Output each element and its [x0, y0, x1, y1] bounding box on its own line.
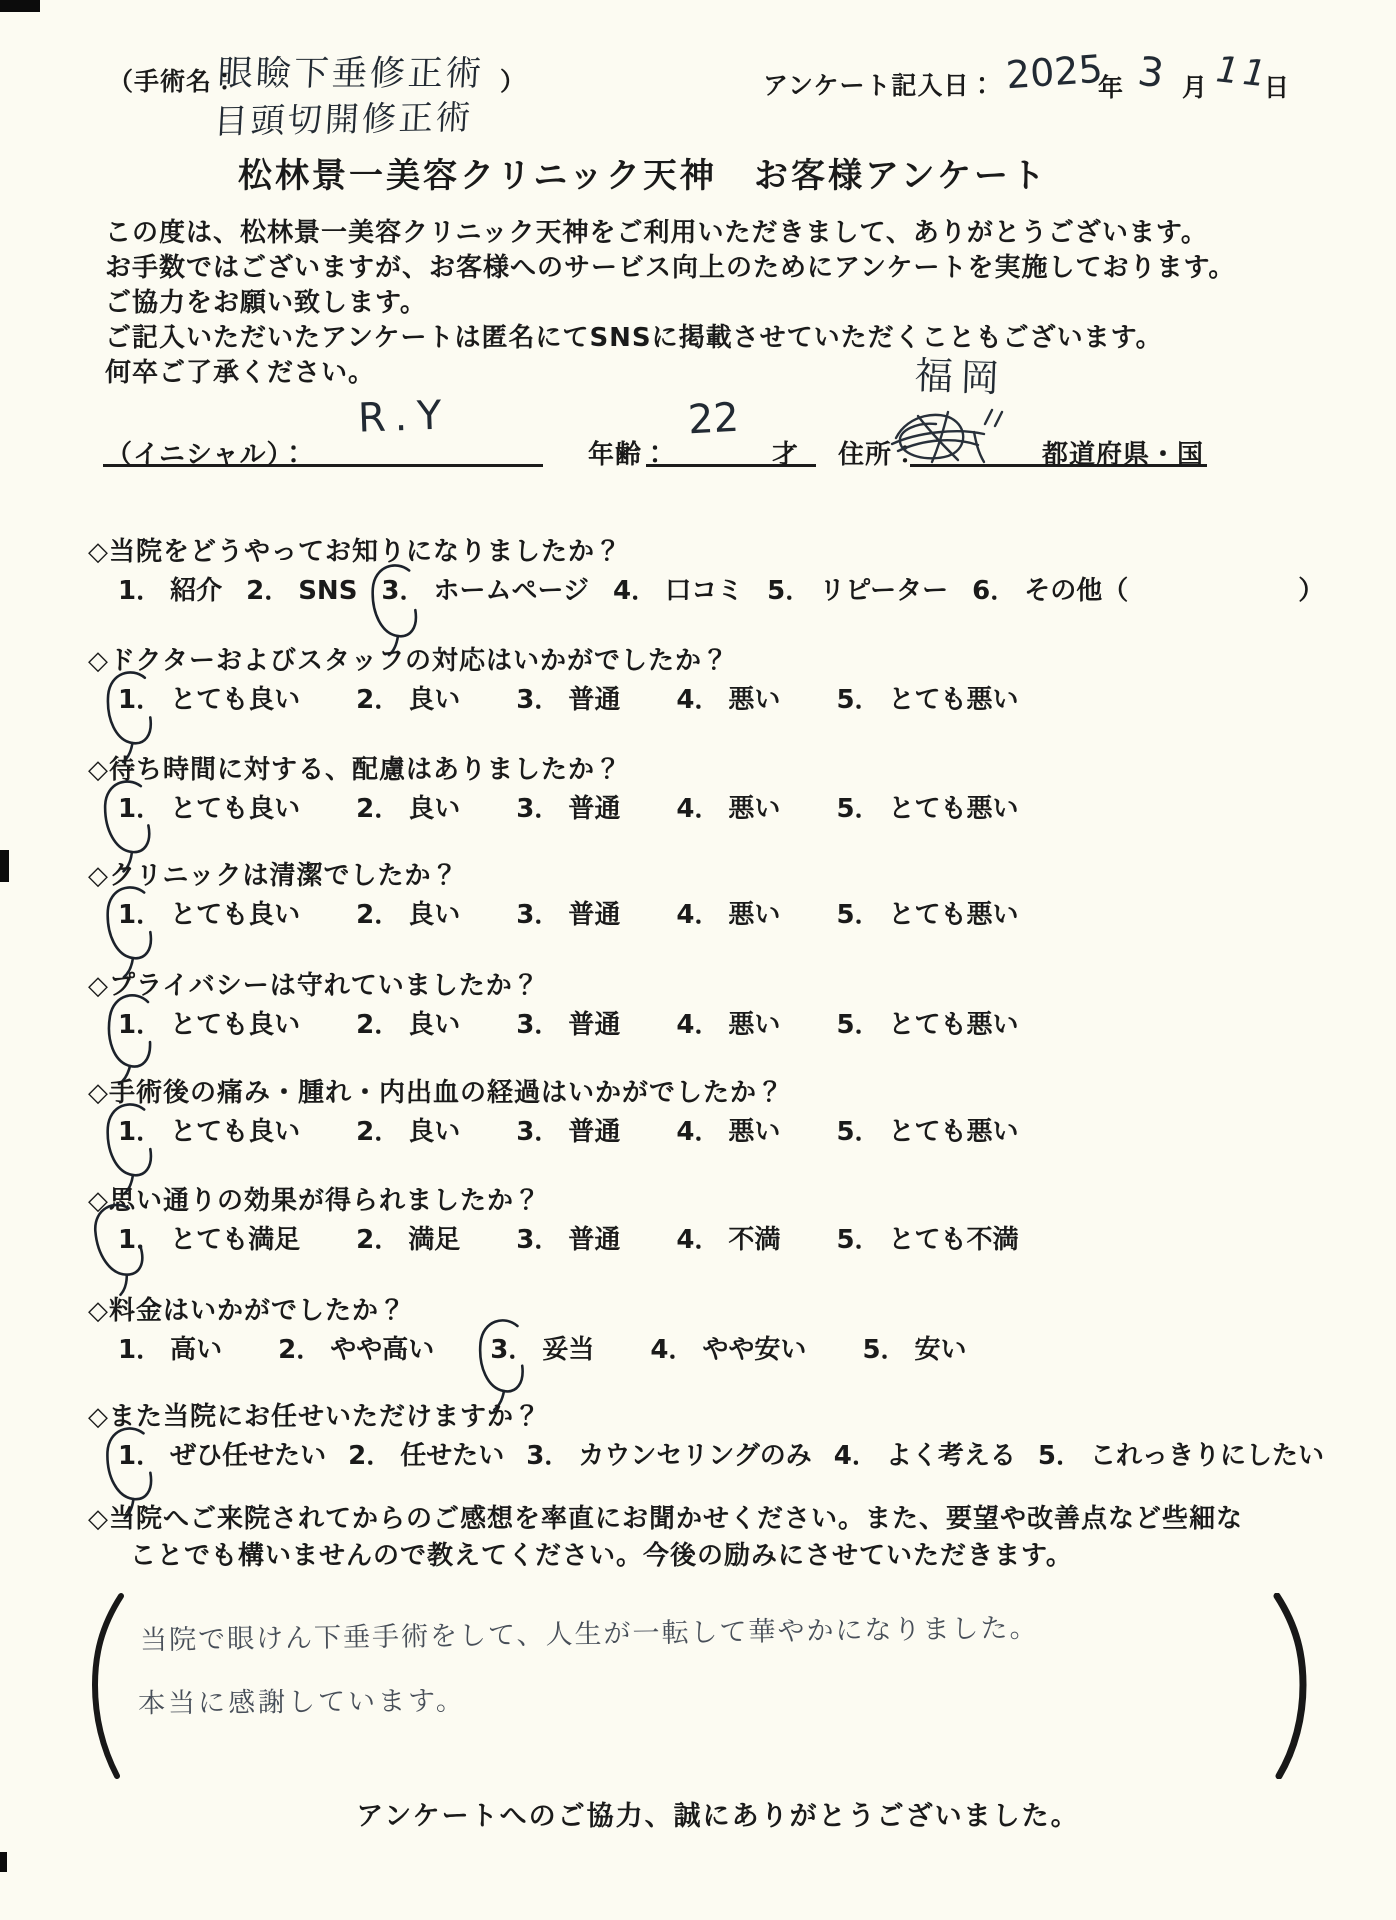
option-label: 高い	[170, 1335, 222, 1365]
option: 1．とても良い	[118, 1117, 300, 1147]
option-label: とても良い	[170, 900, 300, 930]
option-label: 悪い	[728, 1117, 780, 1147]
option-label: 不満	[728, 1225, 780, 1255]
option-label: とても良い	[170, 685, 300, 715]
option: 2．任せたい	[348, 1441, 504, 1471]
scan-artifact	[0, 0, 40, 12]
diamond-icon: ◇	[88, 1402, 109, 1432]
option-number: 5．	[836, 685, 880, 715]
question-block: ◇また当院にお任せいただけますか？1．ぜひ任せたい2．任せたい3．カウンセリング…	[88, 1402, 1324, 1471]
diamond-icon: ◇	[88, 537, 109, 567]
option: 4．悪い	[676, 1010, 780, 1040]
question-prompt: ◇待ち時間に対する、配慮はありましたか？	[88, 755, 1019, 785]
option-label: とても悪い	[889, 685, 1019, 715]
question-prompt: ◇手術後の痛み・腫れ・内出血の経過はいかがでしたか？	[88, 1078, 1019, 1108]
option: 3．カウンセリングのみ	[526, 1441, 812, 1471]
option: 4．悪い	[676, 685, 780, 715]
other-close-paren: ）	[1298, 576, 1324, 606]
option: 2．良い	[356, 794, 460, 824]
option-label: とても良い	[170, 1010, 300, 1040]
address-unit-label: 都道府県・国	[1042, 434, 1204, 471]
diamond-icon: ◇	[88, 861, 109, 891]
option-label: その他（	[1024, 576, 1128, 606]
option-label: 良い	[408, 685, 460, 715]
option-number: 2．	[348, 1441, 392, 1471]
option-number: 3．	[490, 1335, 534, 1365]
question-prompt: ◇思い通りの効果が得られましたか？	[88, 1186, 1019, 1216]
option-label: とても良い	[170, 794, 300, 824]
option-label: 普通	[568, 794, 620, 824]
option-number: 2．	[356, 1117, 400, 1147]
option-number: 5．	[862, 1335, 906, 1365]
option-number: 2．	[356, 1010, 400, 1040]
scribbled-out-text	[888, 404, 1010, 466]
option-number: 3．	[516, 900, 560, 930]
option-label: 良い	[408, 1010, 460, 1040]
option: 2．良い	[356, 1010, 460, 1040]
comment-bracket-left	[90, 1593, 126, 1779]
option: 1．とても良い	[118, 900, 300, 930]
option-label: 普通	[568, 1010, 620, 1040]
option-number: 4．	[676, 685, 720, 715]
answer-circle-mark	[471, 1313, 538, 1413]
option: 1．高い	[118, 1335, 222, 1365]
option: 2．良い	[356, 685, 460, 715]
intro-line: ご協力をお願い致します。	[105, 282, 427, 319]
option-label: 満足	[408, 1225, 460, 1255]
option: 4．不満	[676, 1225, 780, 1255]
option-label: とても悪い	[889, 794, 1019, 824]
address-handwritten-value: 福岡	[914, 344, 1008, 402]
option-label: SNS	[298, 576, 357, 606]
option-number: 5．	[836, 900, 880, 930]
option: 3．普通	[516, 900, 620, 930]
survey-date-month-handwritten: 3	[1135, 48, 1167, 97]
option: 1．とても良い	[118, 685, 300, 715]
option-number: 5．	[836, 794, 880, 824]
year-unit: 年	[1098, 68, 1124, 104]
option-number: 3．	[516, 1117, 560, 1147]
option: 3．普通	[516, 1010, 620, 1040]
question-options: 1．とても良い2．良い3．普通4．悪い5．とても悪い	[118, 1010, 1019, 1040]
option-label: ぜひ任せたい	[170, 1441, 326, 1471]
answer-circle-mark	[97, 879, 167, 981]
option-label: 口コミ	[665, 576, 743, 606]
option-number: 6．	[972, 576, 1016, 606]
option: 4．悪い	[676, 794, 780, 824]
option: 2．良い	[356, 900, 460, 930]
option-number: 5．	[836, 1225, 880, 1255]
option: 1．とても良い	[118, 1010, 300, 1040]
closing-thanks: アンケートへのご協力、誠にありがとうございました。	[20, 1794, 1396, 1833]
option: 5．とても悪い	[836, 900, 1018, 930]
comment-handwritten-line2: 本当に感謝しています。	[138, 1679, 466, 1721]
option-number: 5．	[836, 1117, 880, 1147]
intro-line: 何卒ご了承ください。	[105, 352, 375, 389]
question-prompt: ◇クリニックは清潔でしたか？	[88, 861, 1019, 891]
option-number: 3．	[381, 576, 425, 606]
option-number: 2．	[356, 1225, 400, 1255]
option-number: 3．	[516, 685, 560, 715]
intro-line: この度は、松林景一美容クリニック天神をご利用いただきまして、ありがとうございます…	[105, 212, 1208, 249]
option-label: 普通	[568, 900, 620, 930]
option-number: 3．	[516, 1225, 560, 1255]
option: 1．紹介	[118, 576, 222, 606]
diamond-icon: ◇	[88, 755, 109, 785]
answer-circle-mark	[97, 1096, 167, 1198]
option-number: 2．	[356, 794, 400, 824]
option-number: 4．	[676, 1225, 720, 1255]
option: 2．良い	[356, 1117, 460, 1147]
option-label: やや安い	[702, 1335, 806, 1365]
option: 1．とても満足	[118, 1225, 300, 1255]
option-label: とても悪い	[889, 1117, 1019, 1147]
option: 5．とても悪い	[836, 685, 1018, 715]
option: 2．SNS	[246, 576, 357, 606]
diamond-icon: ◇	[88, 646, 109, 676]
option-number: 4．	[650, 1335, 694, 1365]
survey-date-label: アンケート記入日：	[763, 66, 996, 102]
option-number: 4．	[676, 794, 720, 824]
option-label: これっきりにしたい	[1090, 1441, 1324, 1471]
option-label: 紹介	[170, 576, 222, 606]
day-unit: 日	[1264, 68, 1290, 104]
option-number: 3．	[516, 794, 560, 824]
option: 3．ホームページ	[381, 576, 589, 606]
option: 4．やや安い	[650, 1335, 806, 1365]
option-label: 普通	[568, 1225, 620, 1255]
question-prompt: ◇料金はいかがでしたか？	[88, 1296, 967, 1326]
question-options: 1．とても満足2．満足3．普通4．不満5．とても不満	[118, 1225, 1019, 1255]
option-label: やや高い	[330, 1335, 434, 1365]
option-number: 5．	[1038, 1441, 1082, 1471]
option-label: リピーター	[819, 576, 948, 606]
scan-artifact	[0, 1852, 7, 1872]
option-label: カウンセリングのみ	[578, 1441, 811, 1471]
question-prompt: ◇当院をどうやってお知りになりましたか？	[88, 537, 1324, 567]
survey-date-year-handwritten: 2025	[1005, 47, 1105, 98]
option: 4．口コミ	[613, 576, 743, 606]
option: 3．妥当	[490, 1335, 594, 1365]
answer-circle-mark	[98, 665, 166, 766]
question-block: ◇料金はいかがでしたか？1．高い2．やや高い3．妥当4．やや安い5．安い	[88, 1296, 967, 1365]
question-block: ◇ドクターおよびスタッフの対応はいかがでしたか？1．とても良い2．良い3．普通4…	[88, 646, 1019, 715]
question-options: 1．とても良い2．良い3．普通4．悪い5．とても悪い	[118, 900, 1019, 930]
option-number: 1．	[118, 576, 162, 606]
option-number: 2．	[278, 1335, 322, 1365]
option-label: とても悪い	[889, 900, 1019, 930]
option-label: 普通	[568, 685, 620, 715]
survey-form-page: （手術名： 眼瞼下垂修正術 目頭切開修正術 ） アンケート記入日： 2025 年…	[0, 0, 1396, 1920]
answer-circle-mark	[102, 990, 162, 1086]
intro-line: お手数ではございますが、お客様へのサービス向上のためにアンケートを実施しておりま…	[105, 247, 1235, 284]
surgery-name-handwritten-line1: 眼瞼下垂修正術	[217, 46, 486, 96]
option-number: 2．	[356, 685, 400, 715]
question-block: ◇クリニックは清潔でしたか？1．とても良い2．良い3．普通4．悪い5．とても悪い	[88, 861, 1019, 930]
option-label: よく考える	[886, 1441, 1016, 1471]
option-number: 4．	[676, 1117, 720, 1147]
option: 5．とても悪い	[836, 1010, 1018, 1040]
diamond-icon: ◇	[88, 1504, 109, 1534]
option: 1．とても良い	[118, 794, 300, 824]
option: 5．安い	[862, 1335, 966, 1365]
option: 4．悪い	[676, 1117, 780, 1147]
option: 3．普通	[516, 1117, 620, 1147]
question-block: ◇手術後の痛み・腫れ・内出血の経過はいかがでしたか？1．とても良い2．良い3．普…	[88, 1078, 1019, 1147]
option-label: 悪い	[728, 685, 780, 715]
option-number: 1．	[118, 1225, 162, 1255]
option-label: ホームページ	[434, 576, 589, 606]
option-label: とても満足	[170, 1225, 300, 1255]
option-number: 5．	[767, 576, 811, 606]
question-options: 1．紹介2．SNS3．ホームページ4．口コミ5．リピーター6．その他（）	[118, 576, 1324, 606]
surgery-name-close-paren: ）	[500, 62, 526, 98]
option-label: 良い	[408, 794, 460, 824]
question-prompt: ◇ドクターおよびスタッフの対応はいかがでしたか？	[88, 646, 1019, 676]
age-handwritten-value: 22	[687, 395, 740, 444]
option: 3．普通	[516, 794, 620, 824]
question-prompt: ◇当院へご来院されてからのご感想を率直にお聞かせください。また、要望や改善点など…	[88, 1504, 1243, 1534]
question-block: ◇思い通りの効果が得られましたか？1．とても満足2．満足3．普通4．不満5．とて…	[88, 1186, 1019, 1255]
option-number: 4．	[613, 576, 657, 606]
option: 5．これっきりにしたい	[1038, 1441, 1324, 1471]
option-number: 1．	[118, 1441, 162, 1471]
option: 1．ぜひ任せたい	[118, 1441, 326, 1471]
question-options: 1．ぜひ任せたい2．任せたい3．カウンセリングのみ4．よく考える5．これっきりに…	[118, 1441, 1324, 1471]
option-number: 1．	[118, 685, 162, 715]
option-label: 妥当	[542, 1335, 594, 1365]
option: 2．満足	[356, 1225, 460, 1255]
surgery-name-handwritten-line2: 目頭切開修正術	[213, 90, 475, 144]
option-number: 1．	[118, 794, 162, 824]
diamond-icon: ◇	[88, 971, 109, 1001]
option-label: とても良い	[170, 1117, 300, 1147]
option-label: 普通	[568, 1117, 620, 1147]
question-options: 1．とても良い2．良い3．普通4．悪い5．とても悪い	[118, 1117, 1019, 1147]
question-block: ◇当院をどうやってお知りになりましたか？1．紹介2．SNS3．ホームページ4．口…	[88, 537, 1324, 606]
option-number: 5．	[836, 1010, 880, 1040]
question-prompt: ◇プライバシーは守れていましたか？	[88, 971, 1019, 1001]
diamond-icon: ◇	[88, 1296, 109, 1326]
question-options: 1．高い2．やや高い3．妥当4．やや安い5．安い	[118, 1335, 967, 1365]
initial-label: （イニシャル）：	[106, 434, 307, 471]
form-title: 松林景一美容クリニック天神 お客様アンケート	[0, 148, 1341, 197]
option-number: 4．	[676, 1010, 720, 1040]
question-block: ◇プライバシーは守れていましたか？1．とても良い2．良い3．普通4．悪い5．とて…	[88, 971, 1019, 1040]
option: 3．普通	[516, 1225, 620, 1255]
option: 6．その他（）	[972, 576, 1324, 606]
option-label: 安い	[915, 1335, 967, 1365]
option: 5．とても悪い	[836, 1117, 1018, 1147]
option: 5．とても不満	[836, 1225, 1018, 1255]
month-unit: 月	[1182, 68, 1208, 104]
option-number: 1．	[118, 1117, 162, 1147]
option-number: 1．	[118, 1335, 162, 1365]
option-number: 3．	[516, 1010, 560, 1040]
option-number: 4．	[834, 1441, 878, 1471]
option-number: 3．	[526, 1441, 570, 1471]
option-number: 1．	[118, 900, 162, 930]
option-number: 4．	[676, 900, 720, 930]
option-number: 2．	[356, 900, 400, 930]
option: 4．悪い	[676, 900, 780, 930]
option: 5．とても悪い	[836, 794, 1018, 824]
question-options: 1．とても良い2．良い3．普通4．悪い5．とても悪い	[118, 794, 1019, 824]
option-label: とても悪い	[889, 1010, 1019, 1040]
option-number: 2．	[246, 576, 290, 606]
option-label: 良い	[408, 900, 460, 930]
diamond-icon: ◇	[88, 1078, 109, 1108]
option-number: 1．	[118, 1010, 162, 1040]
comment-handwritten-line1: 当院で眼けん下垂手術をして、人生が一転して華やかになりました。	[140, 1606, 1039, 1658]
scan-artifact	[0, 850, 9, 882]
comment-bracket-right	[1272, 1593, 1308, 1779]
initial-handwritten-value: R.Y	[357, 392, 452, 441]
answer-circle-mark	[363, 557, 433, 659]
question-prompt-line2: ことでも構いませんので教えてください。今後の励みにさせていただきます。	[130, 1541, 1243, 1571]
free-comment-question: ◇当院へご来院されてからのご感想を率直にお聞かせください。また、要望や改善点など…	[88, 1504, 1243, 1571]
option-label: 悪い	[728, 900, 780, 930]
age-unit: 才	[772, 434, 799, 471]
question-block: ◇待ち時間に対する、配慮はありましたか？1．とても良い2．良い3．普通4．悪い5…	[88, 755, 1019, 824]
question-prompt: ◇また当院にお任せいただけますか？	[88, 1402, 1324, 1432]
option-label: 任せたい	[400, 1441, 504, 1471]
option-label: 悪い	[728, 1010, 780, 1040]
question-options: 1．とても良い2．良い3．普通4．悪い5．とても悪い	[118, 685, 1019, 715]
diamond-icon: ◇	[88, 1186, 109, 1216]
option-label: とても不満	[889, 1225, 1019, 1255]
option: 2．やや高い	[278, 1335, 434, 1365]
option: 3．普通	[516, 685, 620, 715]
option: 5．リピーター	[767, 576, 948, 606]
option: 4．よく考える	[834, 1441, 1016, 1471]
option-label: 良い	[408, 1117, 460, 1147]
option-label: 悪い	[728, 794, 780, 824]
